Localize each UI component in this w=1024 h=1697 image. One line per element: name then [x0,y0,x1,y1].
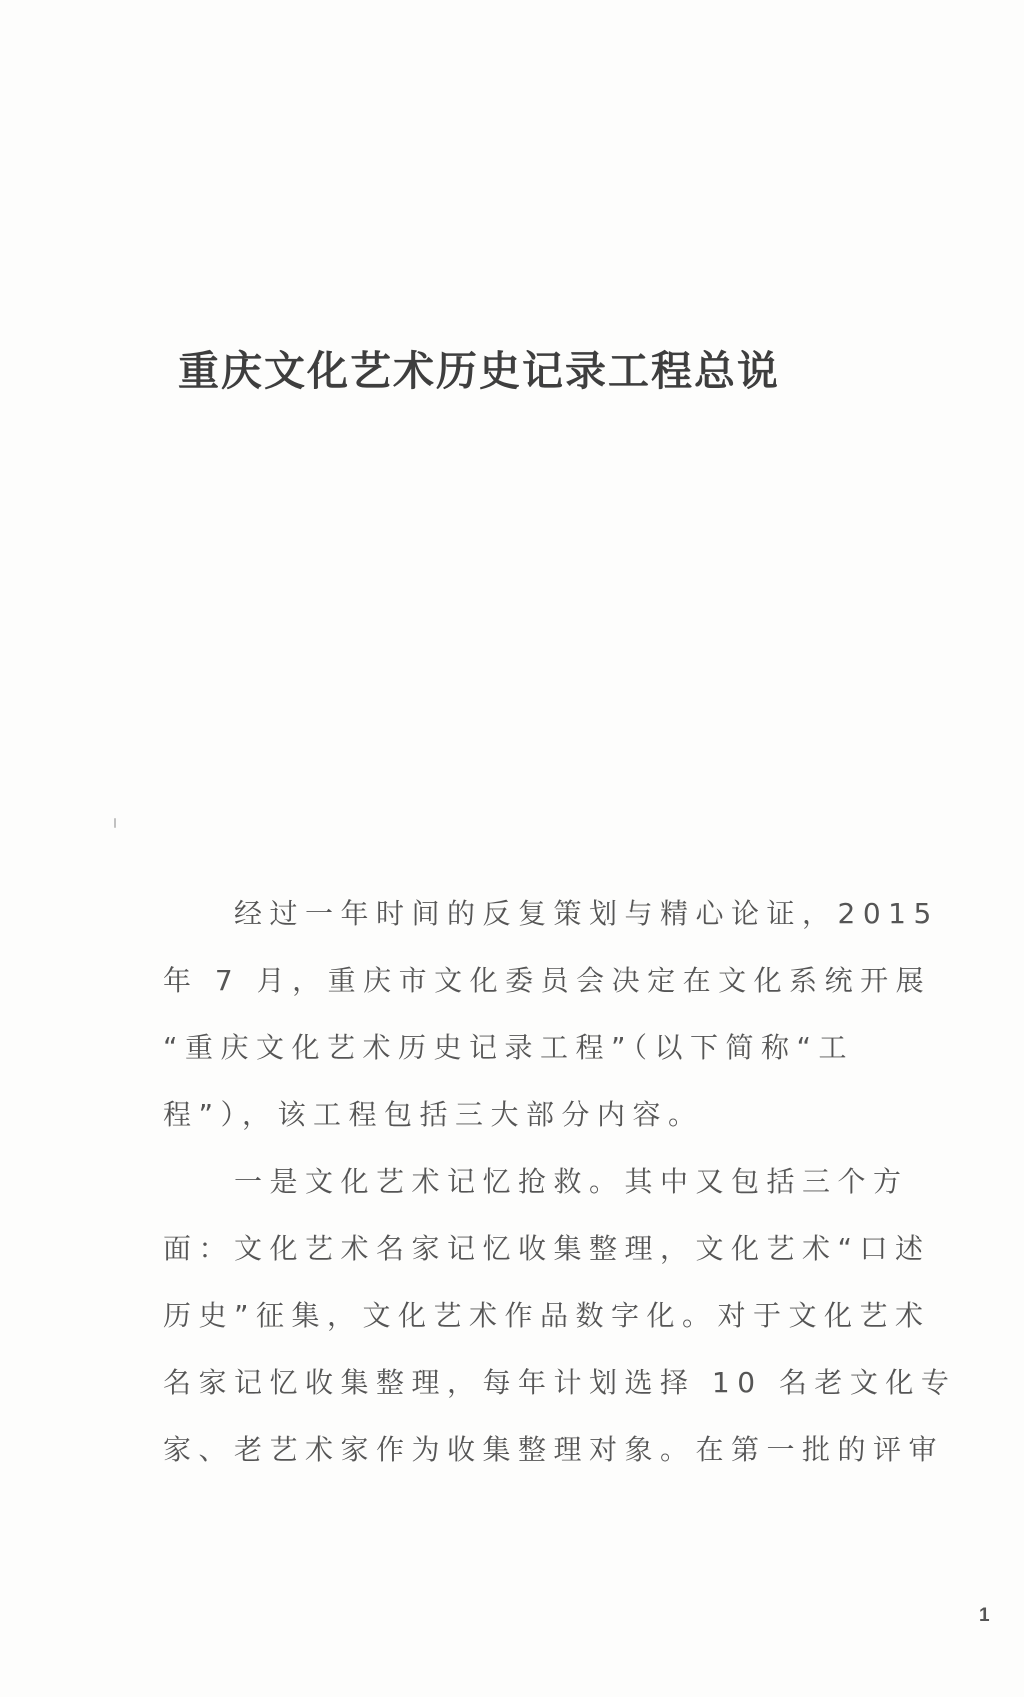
text-line: 历史”征集，文化艺术作品数字化。对于文化艺术 [92,1282,882,1349]
page-title: 重庆文化艺术历史记录工程总说 [178,345,798,397]
paragraph-1: 经过一年时间的反复策划与精心论证，2015 年 7 月，重庆市文化委员会决定在文… [92,880,882,1148]
text-line: 家、老艺术家作为收集整理对象。在第一批的评审 [92,1416,882,1483]
text-line: 一是文化艺术记忆抢救。其中又包括三个方 [92,1148,882,1215]
text-line: 年 7 月，重庆市文化委员会决定在文化系统开展 [92,947,882,1014]
page-number: 1 [979,1605,990,1627]
text-line: 名家记忆收集整理，每年计划选择 10 名老文化专 [92,1349,882,1416]
text-line: 程”），该工程包括三大部分内容。 [92,1081,882,1148]
text-line: 面：文化艺术名家记忆收集整理，文化艺术“口述 [92,1215,882,1282]
scan-speck [114,818,116,828]
document-page: 重庆文化艺术历史记录工程总说 经过一年时间的反复策划与精心论证，2015 年 7… [0,0,1024,1697]
text-line: “重庆文化艺术历史记录工程”（以下简称“工 [92,1014,882,1081]
text-line: 经过一年时间的反复策划与精心论证，2015 [92,880,882,947]
body-text: 经过一年时间的反复策划与精心论证，2015 年 7 月，重庆市文化委员会决定在文… [92,880,882,1483]
paragraph-2: 一是文化艺术记忆抢救。其中又包括三个方 面：文化艺术名家记忆收集整理，文化艺术“… [92,1148,882,1483]
